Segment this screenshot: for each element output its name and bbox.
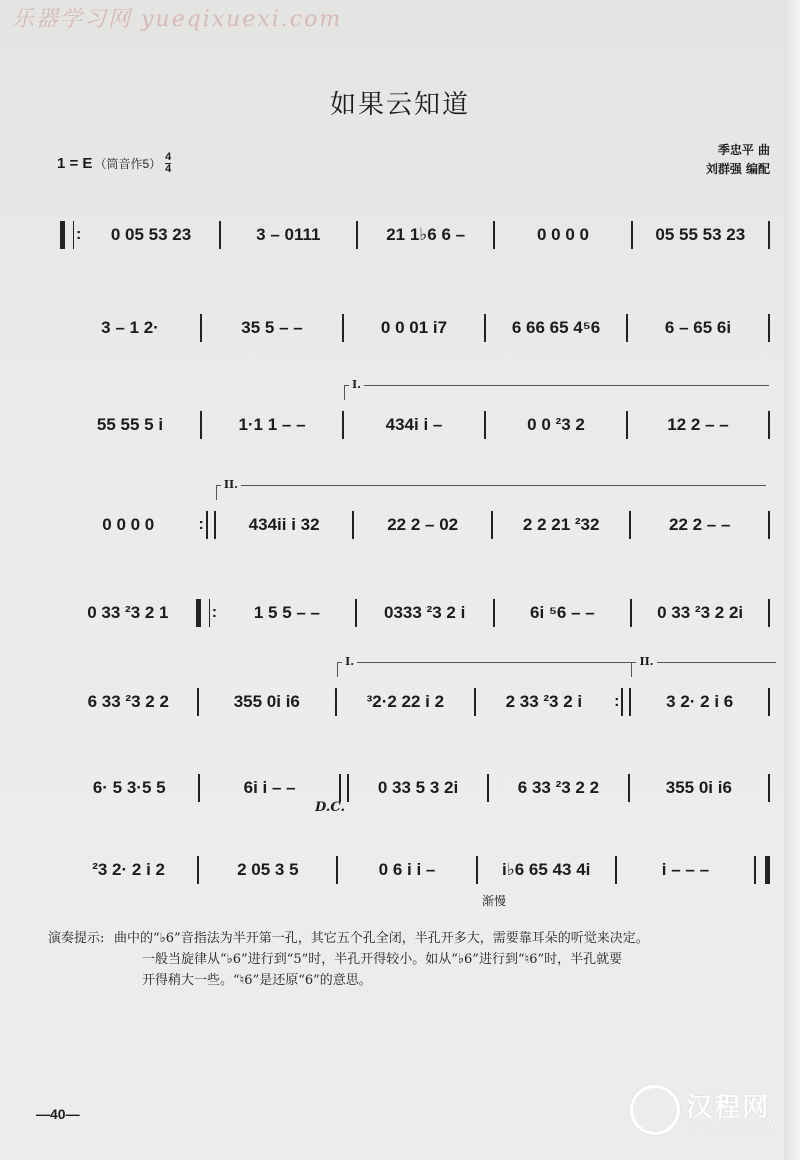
page-edge-shadow xyxy=(784,0,800,1160)
measure: 2 05 3 5 xyxy=(199,850,336,890)
measure: 1 5 5 – – xyxy=(219,593,355,633)
site-logo: 汉程网 WWW.HTTPCN.COM xyxy=(630,1085,778,1135)
measure: 2 2 21 ²32 xyxy=(493,505,630,545)
score-row-7: 6· 5 3·5 5 6i i – – 0 33 5 3 2i 6 33 ²3 … xyxy=(60,768,770,808)
first-ending-bracket: I. xyxy=(337,662,632,677)
ritardando-marking: 渐慢 xyxy=(482,892,506,909)
measure: II. 434ii i 32 xyxy=(216,505,353,545)
second-ending-bracket: II. xyxy=(631,662,776,677)
notes-label: 演奏提示: xyxy=(48,928,104,949)
measure: 355 0i i6 xyxy=(199,682,336,722)
measure: 05 55 53 23 xyxy=(633,215,768,255)
logo-swirl-icon xyxy=(630,1085,680,1135)
measure: 6i ⁵6 – – xyxy=(495,593,631,633)
measure: 0 0 01 i7 xyxy=(344,308,484,348)
measure: 0333 ²3 2 i xyxy=(357,593,493,633)
measure: 22 2 – 02 xyxy=(354,505,491,545)
dc-marking: D.C. xyxy=(315,800,345,815)
final-bar xyxy=(754,856,770,884)
measure: 355 0i i6 xyxy=(630,768,768,808)
key-signature: 1 = E （筒音作5） 4 4 xyxy=(57,152,171,175)
measure: 0 05 53 23 xyxy=(83,215,218,255)
measure: I. ³2·2 22 i 2 xyxy=(337,682,474,722)
score-row-2: 3 – 1 2· 35 5 – – 0 0 01 i7 6 66 65 4⁵6 … xyxy=(60,308,770,348)
double-bar xyxy=(339,774,349,802)
measure: 0 0 0 0 xyxy=(495,215,630,255)
key-note: （筒音作5） xyxy=(94,155,161,172)
measure: 0 33 5 3 2i xyxy=(349,768,487,808)
measure: 3 – 0111 xyxy=(221,215,356,255)
measure: 3 – 1 2· xyxy=(60,308,200,348)
arranger: 刘群强 编配 xyxy=(706,160,770,179)
measure: 0 33 ²3 2 2i xyxy=(632,593,768,633)
performance-notes: 演奏提示: 曲中的“♭6”音指法为半开第一孔，其它五个孔全闭，半孔开多大，需要靠… xyxy=(48,928,778,991)
site-watermark: 乐器学习网 yueqixuexi.com xyxy=(12,2,342,33)
measure: II. 3 2· 2 i 6 xyxy=(631,682,768,722)
score-row-8: ²3 2· 2 i 2 2 05 3 5 0 6 i i – i♭6 65 43… xyxy=(60,850,770,890)
time-signature: 4 4 xyxy=(165,152,171,175)
song-title: 如果云知道 xyxy=(0,84,800,121)
measure: 21 1♭6 6 – xyxy=(358,215,493,255)
measure: 6 – 65 6i xyxy=(628,308,768,348)
measure: 55 55 5 i xyxy=(60,405,200,445)
credits: 季忠平 曲 刘群强 编配 xyxy=(706,141,770,179)
measure: 35 5 – – xyxy=(202,308,342,348)
measure: i♭6 65 43 4i xyxy=(478,850,615,890)
measure: ²3 2· 2 i 2 xyxy=(60,850,197,890)
key-label: 1 = E xyxy=(57,155,92,172)
notes-line: 曲中的“♭6”音指法为半开第一孔，其它五个孔全闭，半孔开多大，需要靠耳朵的听觉来… xyxy=(48,928,778,949)
measure: 12 2 – – xyxy=(628,405,768,445)
measure: 1·1 1 – – xyxy=(202,405,342,445)
repeat-end-bar xyxy=(206,511,216,539)
measure: 6 66 65 4⁵6 xyxy=(486,308,626,348)
measure: 22 2 – – xyxy=(631,505,768,545)
score-row-5: 0 33 ²3 2 1 : 1 5 5 – – 0333 ²3 2 i 6i ⁵… xyxy=(60,593,770,633)
repeat-start-bar xyxy=(60,221,74,249)
notes-line: 开得稍大一些。“♮6”是还原“6”的意思。 xyxy=(48,970,778,991)
measure: i – – – xyxy=(617,850,754,890)
score-row-1: : 0 05 53 23 3 – 0111 21 1♭6 6 – 0 0 0 0… xyxy=(60,215,770,255)
measure: 0 0 ²3 2 xyxy=(486,405,626,445)
score-row-6: 6 33 ²3 2 2 355 0i i6 I. ³2·2 22 i 2 2 3… xyxy=(60,682,770,722)
measure: 0 0 0 0 xyxy=(60,505,197,545)
measure: 6 33 ²3 2 2 xyxy=(489,768,627,808)
measure: 6· 5 3·5 5 xyxy=(60,768,198,808)
measure: I. 434i i – xyxy=(344,405,484,445)
score-row-4: 0 0 0 0 : II. 434ii i 32 22 2 – 02 2 2 2… xyxy=(60,505,770,545)
measure: 6 33 ²3 2 2 xyxy=(60,682,197,722)
measure: 0 6 i i – xyxy=(338,850,475,890)
logo-name: 汉程网 xyxy=(686,1087,778,1124)
repeat-end-bar xyxy=(621,688,631,716)
composer: 季忠平 曲 xyxy=(706,141,770,160)
score-row-3: 55 55 5 i 1·1 1 – – I. 434i i – 0 0 ²3 2… xyxy=(60,405,770,445)
page-number: —40— xyxy=(36,1106,80,1122)
measure: 0 33 ²3 2 1 xyxy=(60,593,196,633)
first-ending-bracket: I. xyxy=(344,385,769,400)
repeat-start-bar xyxy=(196,599,210,627)
logo-url: WWW.HTTPCN.COM xyxy=(686,1124,778,1133)
measure: 2 33 ²3 2 i xyxy=(476,682,613,722)
notes-line: 一般当旋律从“♭6”进行到“5”时，半孔开得较小。如从“♭6”进行到“♮6”时，… xyxy=(48,949,778,970)
second-ending-bracket: II. xyxy=(216,485,766,500)
